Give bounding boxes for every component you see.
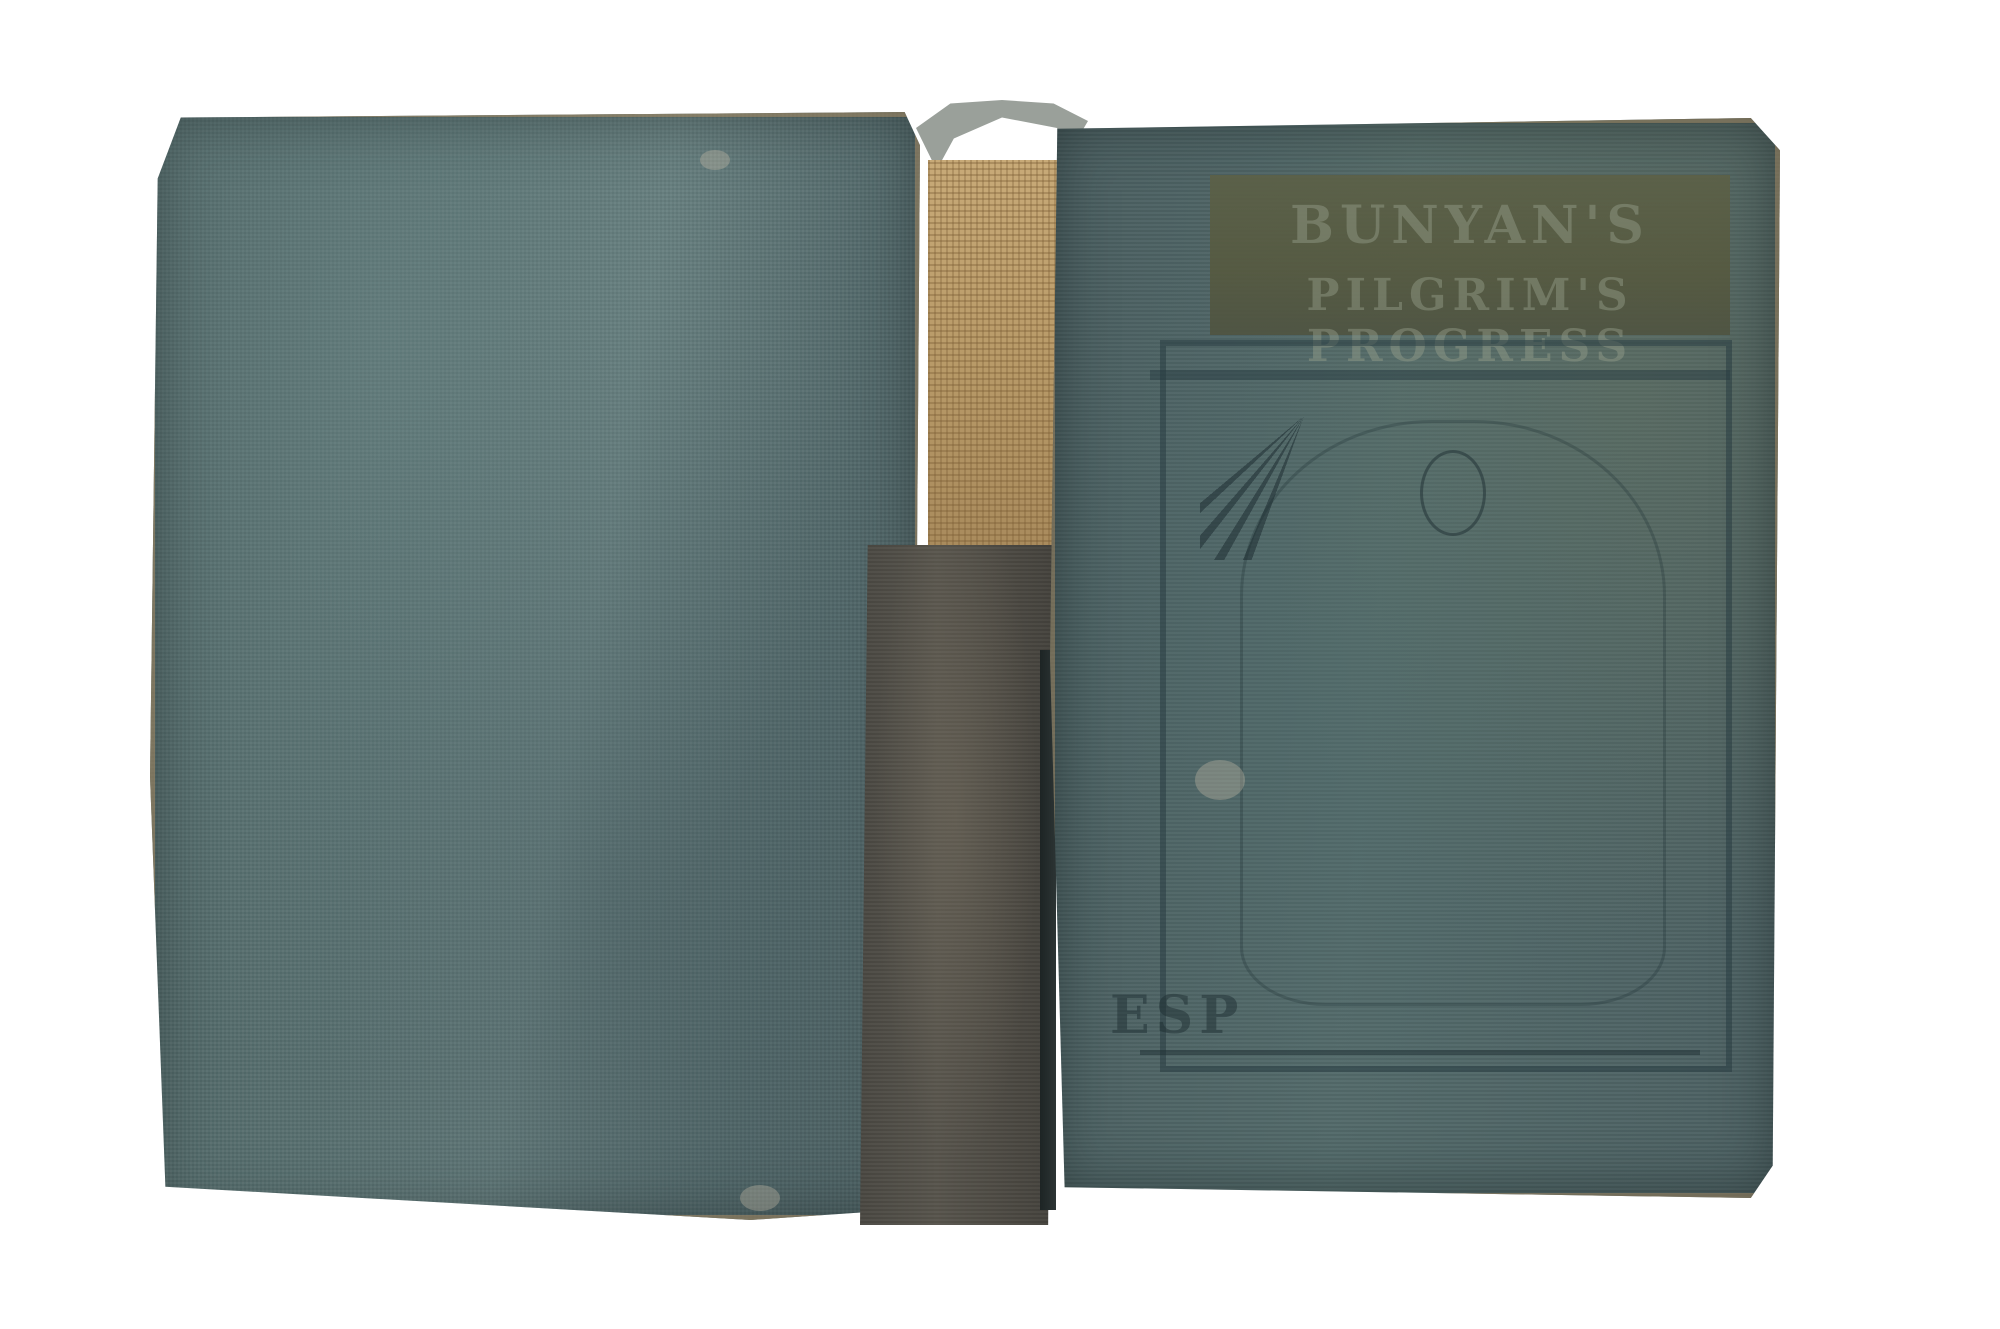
scuff-mark: [740, 1185, 780, 1211]
back-cover: [150, 112, 920, 1220]
cover-bottom-letters: ESP: [1110, 985, 1244, 1046]
spine-cloth: [860, 545, 1052, 1225]
cover-title-line-1: BUNYAN'S: [1230, 195, 1710, 256]
scuff-mark: [700, 150, 730, 170]
scuff-mark: [1195, 760, 1245, 800]
bottom-scroll-ornament: [1140, 1050, 1700, 1165]
embossed-figure-head: [1420, 450, 1486, 536]
book-photo: BUNYAN'S PILGRIM'S PROGRESS ESP: [0, 0, 2000, 1329]
